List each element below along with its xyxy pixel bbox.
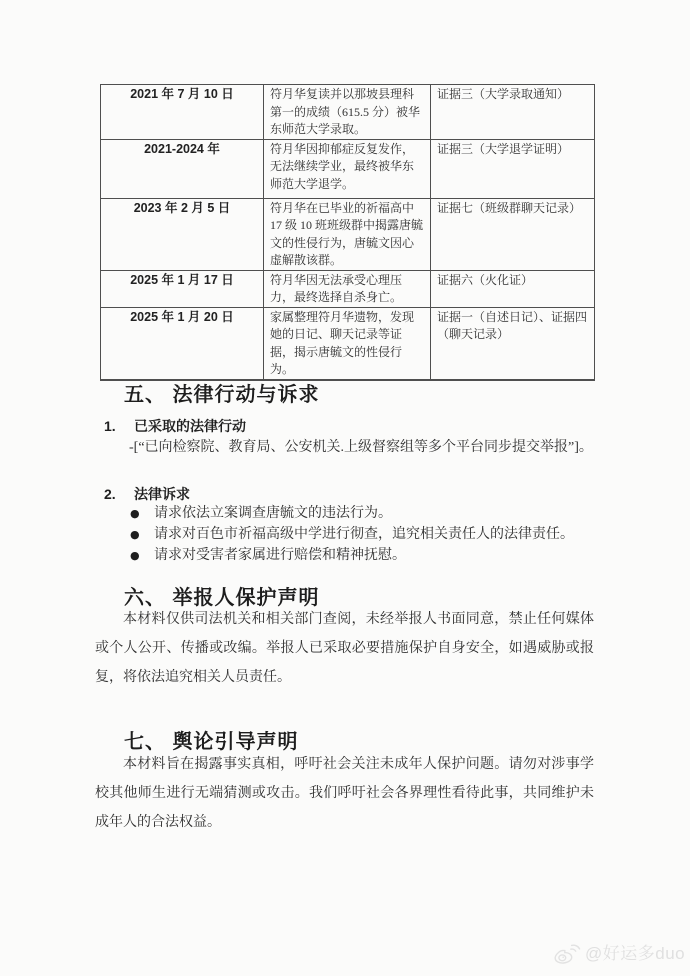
evidence-cell: 证据三（大学退学证明） — [431, 139, 595, 198]
date-cell: 2021 年 7 月 10 日 — [101, 85, 264, 140]
watermark-handle: @好运多duo — [585, 944, 685, 964]
table-row: 2021-2024 年 符月华因抑郁症反复发作，无法继续学业，最终被华东师范大学… — [101, 139, 595, 198]
event-cell: 符月华复读并以那坡县理科第一的成绩（615.5 分）被华东师范大学录取。 — [264, 85, 431, 140]
date-cell: 2023 年 2 月 5 日 — [101, 198, 264, 270]
event-cell: 符月华因抑郁症反复发作，无法继续学业，最终被华东师范大学退学。 — [264, 139, 431, 198]
list-item: ● 请求对受害者家属进行赔偿和精神抚慰。 — [130, 546, 600, 567]
table-row: 2025 年 1 月 17 日 符月华因无法承受心理压力，最终选择自杀身亡。 证… — [101, 270, 595, 307]
public-opinion-guidance-paragraph: 本材料旨在揭露事实真相，呼吁社会关注未成年人保护问题。请勿对涉事学校其他师生进行… — [95, 750, 594, 837]
bullet-text: 请求对受害者家属进行赔偿和精神抚慰。 — [154, 546, 406, 566]
bullet-icon: ● — [130, 525, 154, 545]
whistleblower-protection-paragraph: 本材料仅供司法机关和相关部门查阅，未经举报人书面同意，禁止任何媒体或个人公开、传… — [95, 605, 594, 692]
weibo-icon — [551, 942, 581, 966]
item-number: 2. — [104, 485, 134, 503]
item-title: 法律诉求 — [134, 485, 190, 503]
date-cell: 2021-2024 年 — [101, 139, 264, 198]
item-title: 已采取的法律行动 — [134, 417, 246, 435]
evidence-cell: 证据六（火化证） — [431, 270, 595, 307]
event-cell: 符月华在已毕业的祈福高中 17 级 10 班班级群中揭露唐毓文的性侵行为，唐毓文… — [264, 198, 431, 270]
date-cell: 2025 年 1 月 17 日 — [101, 270, 264, 307]
event-cell: 家属整理符月华遗物，发现她的日记、聊天记录等证据，揭示唐毓文的性侵行为。 — [264, 307, 431, 380]
evidence-cell: 证据七（班级群聊天记录） — [431, 198, 595, 270]
evidence-cell: 证据一（自述日记）、证据四（聊天记录） — [431, 307, 595, 380]
document-page: 2021 年 7 月 10 日 符月华复读并以那坡县理科第一的成绩（615.5 … — [0, 0, 690, 976]
event-cell: 符月华因无法承受心理压力，最终选择自杀身亡。 — [264, 270, 431, 307]
date-cell: 2025 年 1 月 20 日 — [101, 307, 264, 380]
list-item: ● 请求对百色市祈福高级中学进行彻查，追究相关责任人的法律责任。 — [130, 525, 600, 546]
bullet-icon: ● — [130, 546, 154, 566]
legal-demands-item: 2. 法律诉求 — [104, 485, 190, 503]
legal-actions-detail: -[“已向检察院、教育局、公安机关.上级督察组等多个平台同步提交举报”]。 — [129, 438, 599, 457]
weibo-watermark: @好运多duo — [551, 942, 685, 966]
table-row: 2025 年 1 月 20 日 家属整理符月华遗物，发现她的日记、聊天记录等证据… — [101, 307, 595, 380]
bullet-text: 请求对百色市祈福高级中学进行彻查，追究相关责任人的法律责任。 — [154, 525, 574, 545]
section5-heading: 五、 法律行动与诉求 — [124, 383, 320, 407]
table-row: 2023 年 2 月 5 日 符月华在已毕业的祈福高中 17 级 10 班班级群… — [101, 198, 595, 270]
bullet-icon: ● — [130, 504, 154, 524]
legal-demands-list: ● 请求依法立案调查唐毓文的违法行为。 ● 请求对百色市祈福高级中学进行彻查，追… — [130, 504, 600, 567]
item-number: 1. — [104, 417, 134, 435]
list-item: ● 请求依法立案调查唐毓文的违法行为。 — [130, 504, 600, 525]
legal-actions-taken-item: 1. 已采取的法律行动 — [104, 417, 246, 435]
table-row: 2021 年 7 月 10 日 符月华复读并以那坡县理科第一的成绩（615.5 … — [101, 85, 595, 140]
bullet-text: 请求依法立案调查唐毓文的违法行为。 — [154, 504, 392, 524]
evidence-cell: 证据三（大学录取通知） — [431, 85, 595, 140]
evidence-timeline-table: 2021 年 7 月 10 日 符月华复读并以那坡县理科第一的成绩（615.5 … — [100, 84, 595, 381]
